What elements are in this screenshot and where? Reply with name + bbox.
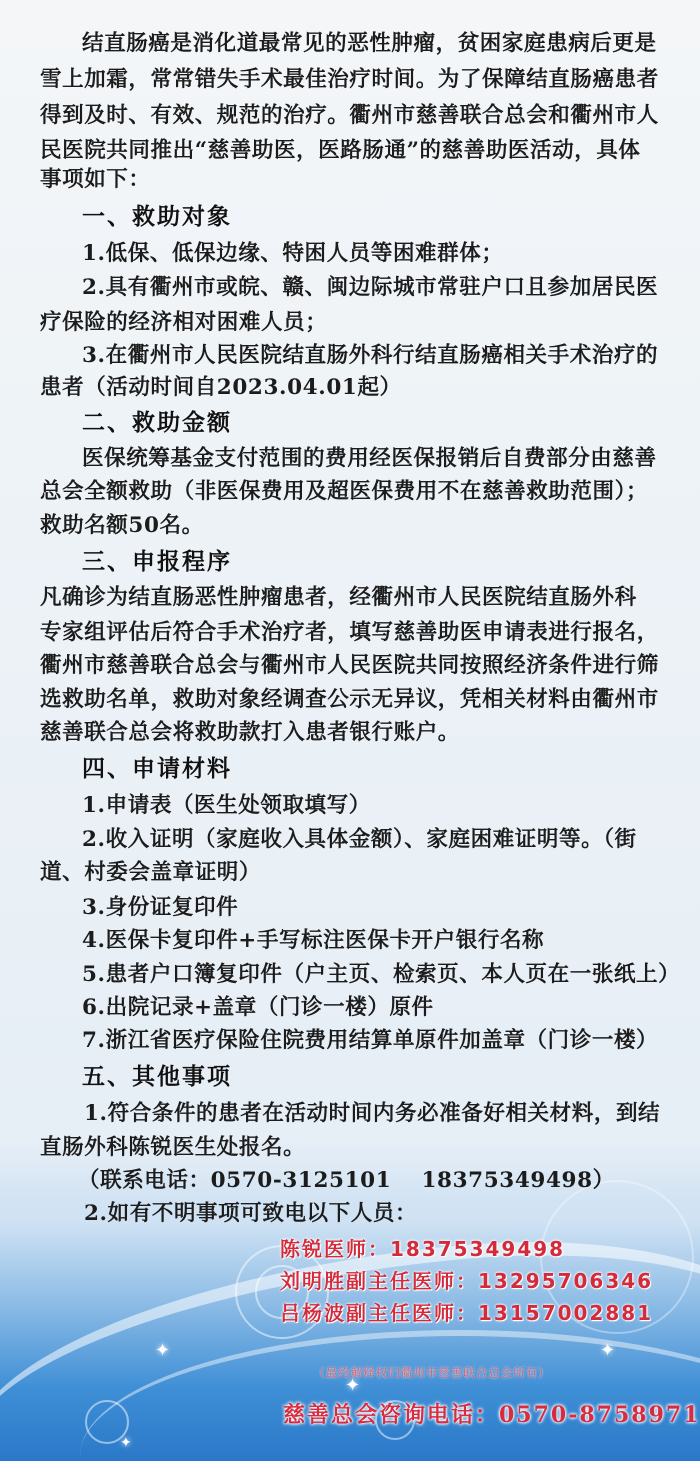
intro-line: 事项如下： xyxy=(40,162,151,193)
section-line: 7.浙江省医疗保险住院费用结算单原件加盖章（门诊一楼） xyxy=(82,1023,658,1054)
section-line: 救助名额50名。 xyxy=(40,508,204,539)
section-line: 道、村委会盖章证明） xyxy=(40,855,261,886)
interpretation-note: （最终解释权归衢州市慈善联合总会所有） xyxy=(313,1364,551,1381)
section-line: 慈善联合总会将救助款打入患者银行账户。 xyxy=(40,715,460,746)
contact-lyu-yangbo: 吕杨波副主任医师：13157002881 xyxy=(280,1297,653,1326)
section-line: 1.低保、低保边缘、特困人员等困难群体； xyxy=(82,236,503,267)
intro-line: 民医院共同推出“慈善助医，医路肠通”的慈善助医活动，具体 xyxy=(40,133,641,164)
contact-liu-mingsheng: 刘明胜副主任医师：13295706346 xyxy=(280,1265,653,1294)
section-heading-other: 五、其他事项 xyxy=(82,1058,232,1091)
section-line: 选救助名单，救助对象经调查公示无异议，凭相关材料由衢州市 xyxy=(40,682,659,713)
section-heading-beneficiaries: 一、救助对象 xyxy=(82,198,232,231)
section-line: 6.出院记录+盖章（门诊一楼）原件 xyxy=(82,990,434,1021)
section-heading-materials: 四、申请材料 xyxy=(82,750,232,783)
section-line: 凡确诊为结直肠恶性肿瘤患者，经衢州市人民医院结直肠外科 xyxy=(40,580,637,611)
section-line: 1.符合条件的患者在活动时间内务必准备好相关材料，到结 xyxy=(84,1096,660,1127)
intro-line: 雪上加霜，常常错失手术最佳治疗时间。为了保障结直肠癌患者 xyxy=(40,62,659,93)
intro-line: 得到及时、有效、规范的治疗。衢州市慈善联合总会和衢州市人 xyxy=(40,98,659,129)
section-line: 3.身份证复印件 xyxy=(82,890,238,921)
section-line: 2.如有不明事项可致电以下人员： xyxy=(84,1196,417,1227)
sparkle-icon: ✦ xyxy=(155,1340,170,1361)
section-line: 2.具有衢州市或皖、赣、闽边际城市常驻户口且参加居民医 xyxy=(82,270,658,301)
section-line: 衢州市慈善联合总会与衢州市人民医院共同按照经济条件进行筛 xyxy=(40,648,659,679)
intro-line: 结直肠癌是消化道最常见的恶性肿瘤，贫困家庭患病后更是 xyxy=(82,26,657,57)
section-line: 疗保险的经济相对困难人员； xyxy=(40,305,327,336)
section-line: 直肠外科陈锐医生处报名。 xyxy=(40,1130,305,1161)
sparkle-icon: ✦ xyxy=(600,1340,615,1361)
charity-hotline: 慈善总会咨询电话：0570-8758971 xyxy=(283,1398,700,1429)
section-line: 2.收入证明（家庭收入具体金额）、家庭困难证明等。（街 xyxy=(82,822,637,853)
contact-chen-rui: 陈锐医师：18375349498 xyxy=(280,1233,565,1262)
sparkle-icon: ✦ xyxy=(120,1435,132,1451)
section-heading-amount: 二、救助金额 xyxy=(82,404,232,437)
section-line: 5.患者户口簿复印件（户主页、检索页、本人页在一张纸上） xyxy=(82,957,680,988)
section-line: 4.医保卡复印件+手写标注医保卡开户银行名称 xyxy=(82,923,544,954)
section-line: 1.申请表（医生处领取填写） xyxy=(82,788,371,819)
section-line: 患者（活动时间自2023.04.01起） xyxy=(40,370,402,401)
section-line: 总会全额救助（非医保费用及超医保费用不在慈善救助范围）； xyxy=(40,474,648,505)
section-line: 专家组评估后符合手术治疗者，填写慈善助医申请表进行报名， xyxy=(40,615,659,646)
section-line: 3.在衢州市人民医院结直肠外科行结直肠癌相关手术治疗的 xyxy=(82,338,658,369)
section-line: 医保统筹基金支付范围的费用经医保报销后自费部分由慈善 xyxy=(82,441,657,472)
contact-phone-line: （联系电话：0570-3125101 18375349498） xyxy=(78,1163,615,1194)
section-heading-procedure: 三、申报程序 xyxy=(82,543,232,576)
